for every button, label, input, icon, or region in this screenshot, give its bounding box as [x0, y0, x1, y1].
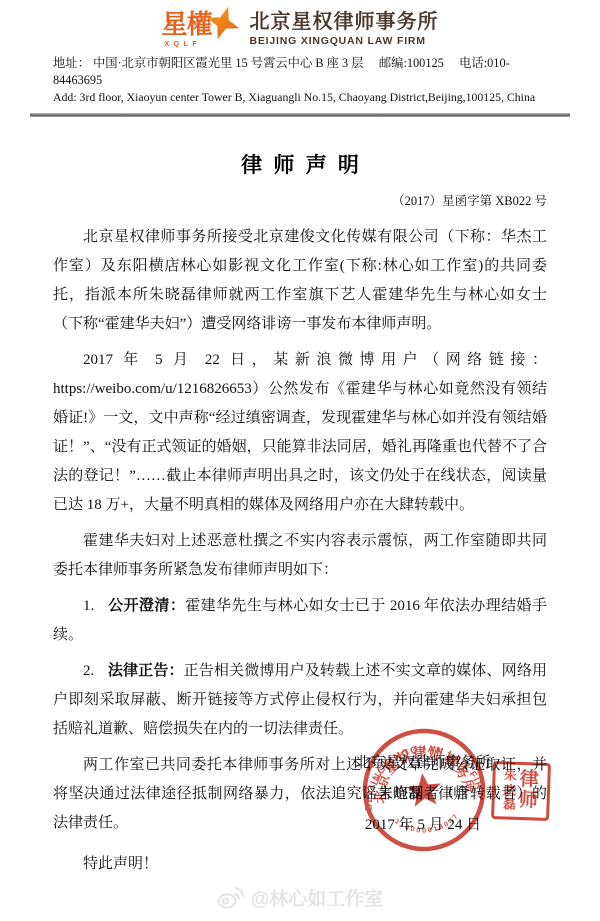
svg-text:110000018047: 110000018047 — [393, 812, 463, 839]
weibo-icon — [217, 886, 244, 909]
document-ref-number: （2017）星函字第 XB022 号 — [53, 191, 547, 209]
item-number: 1. — [83, 598, 94, 614]
seal-title-column: 律师 — [518, 770, 539, 812]
logo-characters: 星權 — [161, 12, 211, 38]
round-firm-seal: BEIJINGXINGQUAN LAW FIRM 北京星权律师事务所 11000… — [354, 720, 495, 861]
paragraph-commission: 霍建华夫妇对上述恶意杜撰之不实内容表示震惊，两工作室随即共同委托本律师事务所紧急… — [53, 527, 547, 585]
firm-name-cn: 北京星权律师事务所 — [250, 11, 439, 34]
address-block: 地址： 中国·北京市朝阳区霞光里 15 号霄云中心 B 座 3 层 邮编:100… — [53, 55, 547, 106]
statement-item-1: 1.公开澄清：霍建华先生与林心如女士已于 2016 年依法办理结婚手续。 — [53, 592, 547, 650]
logo-letters: XQLF — [161, 41, 201, 48]
item-label: 公开澄清： — [108, 598, 186, 614]
item-label: 法律正告： — [108, 663, 184, 679]
firm-name-en: BEIJING XINGQUAN LAW FIRM — [250, 35, 439, 47]
square-lawyer-seal: 律师 朱晓磊 — [491, 761, 551, 821]
closing-declaration: 特此声明！ — [53, 850, 547, 879]
seal-star-icon — [405, 771, 443, 807]
item-number: 2. — [83, 663, 94, 679]
letterhead: 星權 XQLF 北京星权律师事务所 BEIJING XINGQUAN LAW F… — [0, 0, 600, 48]
watermark-text: @林心如工作室 — [251, 884, 384, 911]
seal-registration-number: 110000018047 — [393, 812, 463, 839]
address-line-en: Add: 3rd floor, Xiaoyun center Tower B, … — [53, 89, 547, 106]
paragraph-intro: 北京星权律师事务所接受北京建俊文化传媒有限公司（下称：华杰工作室）及东阳横店林心… — [53, 223, 547, 339]
legal-statement-page: 星權 XQLF 北京星权律师事务所 BEIJING XINGQUAN LAW F… — [0, 0, 600, 921]
firm-logo: 星權 XQLF — [161, 10, 239, 48]
weibo-watermark: @林心如工作室 — [0, 884, 600, 911]
paragraph-facts: 2017 年 5 月 22 日，某新浪微博用户（网络链接：https://wei… — [53, 346, 547, 520]
address-line-cn: 地址： 中国·北京市朝阳区霞光里 15 号霄云中心 B 座 3 层 邮编:100… — [53, 55, 547, 89]
page-title: 律 师 声 明 — [0, 149, 600, 179]
header-divider — [30, 113, 570, 117]
four-point-star-icon — [206, 6, 240, 40]
seal-name-column: 朱晓磊 — [502, 769, 517, 813]
